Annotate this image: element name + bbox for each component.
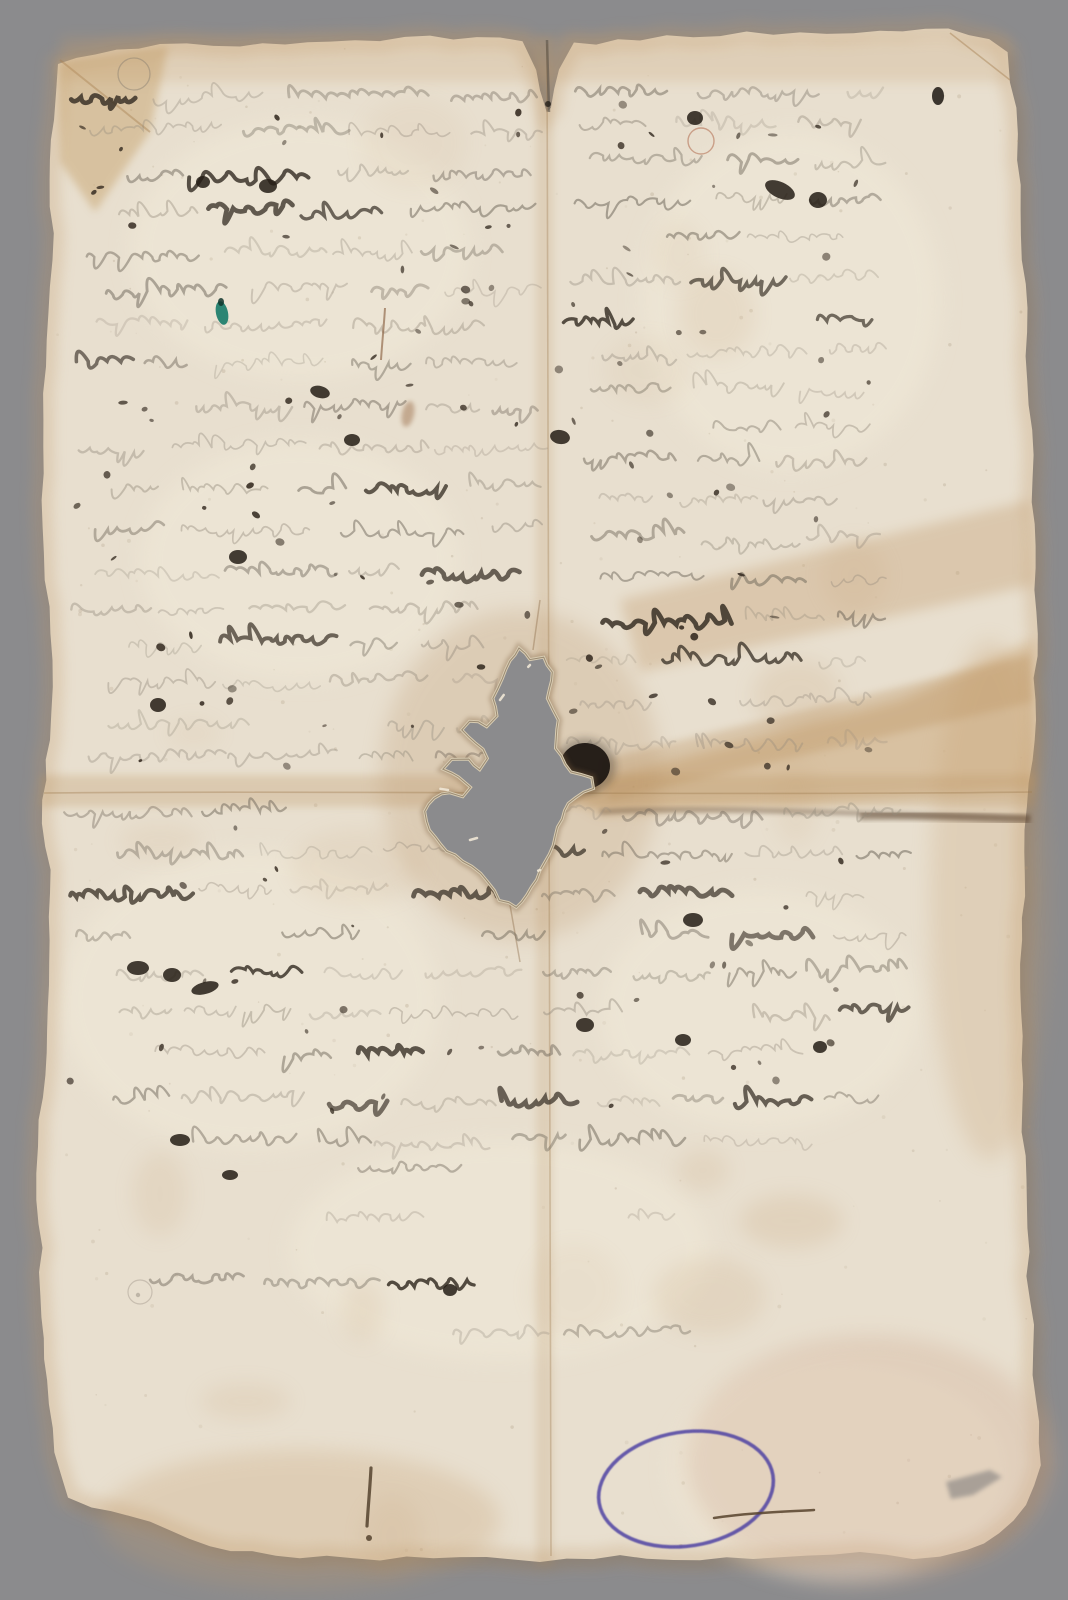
- manuscript-page-scan: [0, 0, 1068, 1600]
- faint-circle-dot: [136, 1293, 140, 1297]
- corner-dark-fleck: [932, 87, 944, 105]
- green-ink-fleck-tip: [218, 298, 224, 306]
- archival-scan: [0, 0, 1068, 1600]
- ink-exclamation-dot: [366, 1535, 372, 1541]
